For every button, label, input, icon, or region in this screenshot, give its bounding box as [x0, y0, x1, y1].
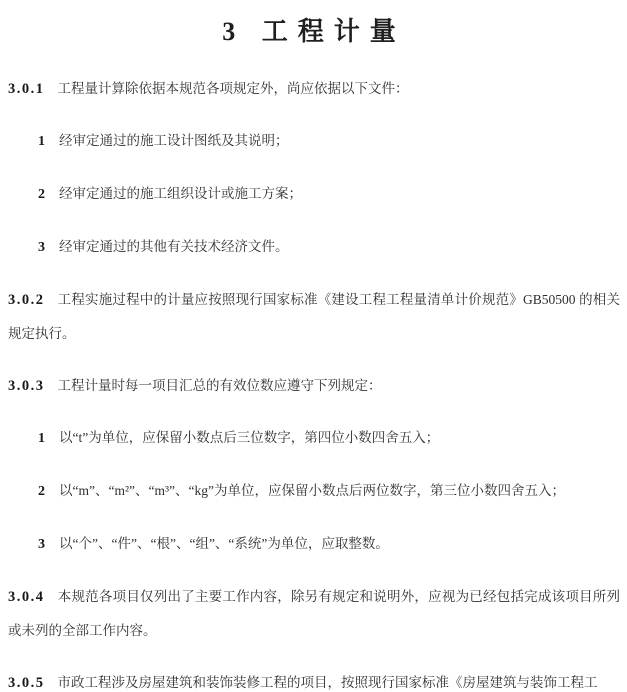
item-number: 3	[38, 537, 45, 552]
clause-text: 工程量计算除依据本规范各项规定外，尚应依据以下文件：	[58, 81, 409, 96]
clause-number: 3.0.1	[8, 81, 45, 97]
item-text: 经审定通过的其他有关技术经济文件。	[59, 239, 289, 254]
clause-3-0-3-item-3: 3以“个”、“件”、“根”、“组”、“系统”为单位，应取整数。	[8, 527, 620, 562]
clause-number: 3.0.5	[8, 675, 45, 691]
item-text: 经审定通过的施工组织设计或施工方案；	[59, 186, 302, 201]
clause-3-0-5: 3.0.5市政工程涉及房屋建筑和装饰装修工程的项目，按照现行国家标准《房屋建筑与…	[8, 666, 620, 692]
clause-text: 工程实施过程中的计量应按照现行国家标准《建设工程工程量清单计价规范》GB5050…	[8, 292, 620, 341]
clause-3-0-3-item-2: 2以“m”、“m²”、“m³”、“kg”为单位，应保留小数点后两位数字，第三位小…	[8, 474, 620, 509]
item-text: 经审定通过的施工设计图纸及其说明；	[59, 133, 289, 148]
clause-3-0-2: 3.0.2工程实施过程中的计量应按照现行国家标准《建设工程工程量清单计价规范》G…	[8, 283, 620, 351]
clause-3-0-1-item-2: 2经审定通过的施工组织设计或施工方案；	[8, 177, 620, 212]
clause-3-0-1-item-3: 3经审定通过的其他有关技术经济文件。	[8, 230, 620, 265]
clause-number: 3.0.2	[8, 292, 45, 308]
item-number: 2	[38, 187, 45, 202]
clause-text: 市政工程涉及房屋建筑和装饰装修工程的项目，按照现行国家标准《房屋建筑与装饰工程工	[58, 675, 598, 690]
clause-3-0-3-item-1: 1以“t”为单位，应保留小数点后三位数字，第四位小数四舍五入；	[8, 421, 620, 456]
item-number: 1	[38, 431, 45, 446]
clause-text: 本规范各项目仅列出了主要工作内容，除另有规定和说明外，应视为已经包括完成该项目所…	[8, 589, 620, 638]
clause-3-0-4: 3.0.4本规范各项目仅列出了主要工作内容，除另有规定和说明外，应视为已经包括完…	[8, 580, 620, 648]
item-number: 2	[38, 484, 45, 499]
clause-text: 工程计量时每一项目汇总的有效位数应遵守下列规定：	[58, 378, 382, 393]
chapter-title: 3 工程计量	[8, 16, 620, 48]
item-number: 3	[38, 240, 45, 255]
item-text: 以“t”为单位，应保留小数点后三位数字，第四位小数四舍五入；	[59, 430, 439, 445]
item-text: 以“m”、“m²”、“m³”、“kg”为单位，应保留小数点后两位数字，第三位小数…	[59, 483, 565, 498]
item-text: 以“个”、“件”、“根”、“组”、“系统”为单位，应取整数。	[59, 536, 389, 551]
clause-number: 3.0.4	[8, 589, 45, 605]
clause-3-0-3: 3.0.3工程计量时每一项目汇总的有效位数应遵守下列规定：	[8, 369, 620, 403]
item-number: 1	[38, 134, 45, 149]
document-page: 3 工程计量 3.0.1工程量计算除依据本规范各项规定外，尚应依据以下文件： 1…	[0, 0, 627, 692]
clause-3-0-1: 3.0.1工程量计算除依据本规范各项规定外，尚应依据以下文件：	[8, 72, 620, 106]
clause-3-0-1-item-1: 1经审定通过的施工设计图纸及其说明；	[8, 124, 620, 159]
clause-number: 3.0.3	[8, 378, 45, 394]
